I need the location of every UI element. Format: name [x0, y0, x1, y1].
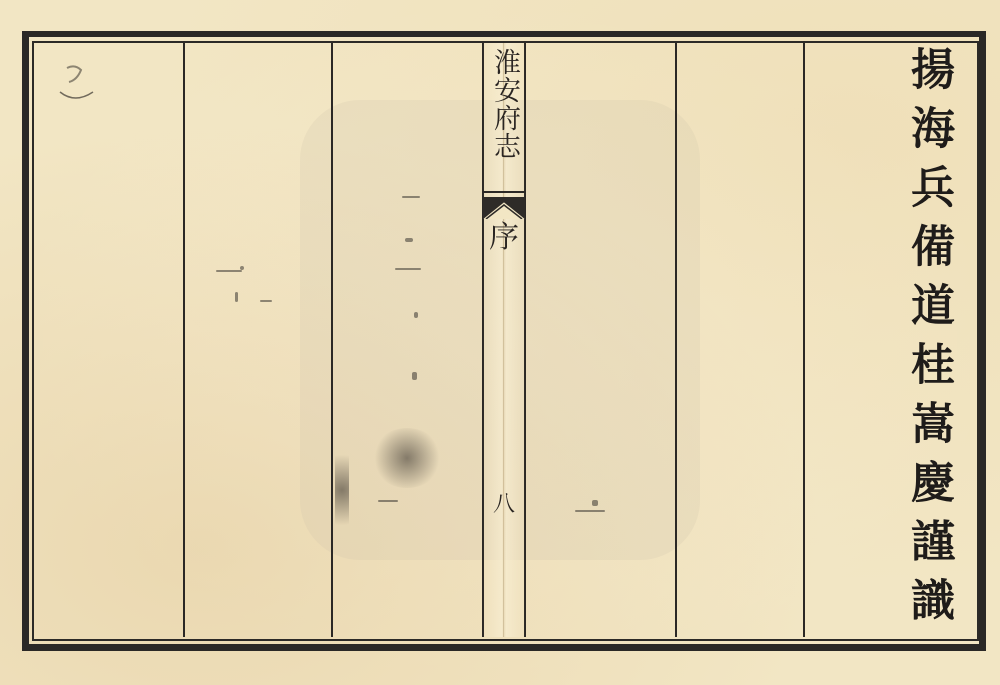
column-rule — [803, 43, 805, 637]
book-title: 淮安府志 — [484, 48, 524, 160]
book-page-spread: 淮安府志 序 八 揚海兵備道桂嵩慶謹識 — [0, 0, 1000, 685]
ink-mark — [235, 292, 238, 302]
ink-mark — [402, 196, 420, 198]
ink-mark — [592, 500, 598, 506]
ink-mark — [216, 270, 242, 272]
ink-mark — [405, 238, 413, 242]
fishtail-marker-icon — [483, 197, 525, 219]
ink-mark — [240, 266, 244, 270]
ink-mark — [412, 372, 417, 380]
column-rule — [331, 43, 333, 637]
ink-mark — [260, 300, 272, 302]
section-label: 序 — [484, 220, 524, 256]
signature-column-text: 揚海兵備道桂嵩慶謹識 — [893, 46, 963, 636]
ink-mark — [395, 268, 421, 270]
column-rule — [183, 43, 185, 637]
ink-mark — [414, 312, 418, 318]
ink-mark — [575, 510, 605, 512]
column-rule — [675, 43, 677, 637]
ink-smudge — [335, 440, 349, 540]
page-number: 八 — [484, 490, 524, 520]
ink-smudge — [372, 428, 442, 488]
corner-scribble-icon — [55, 60, 100, 105]
ink-mark — [378, 500, 398, 502]
